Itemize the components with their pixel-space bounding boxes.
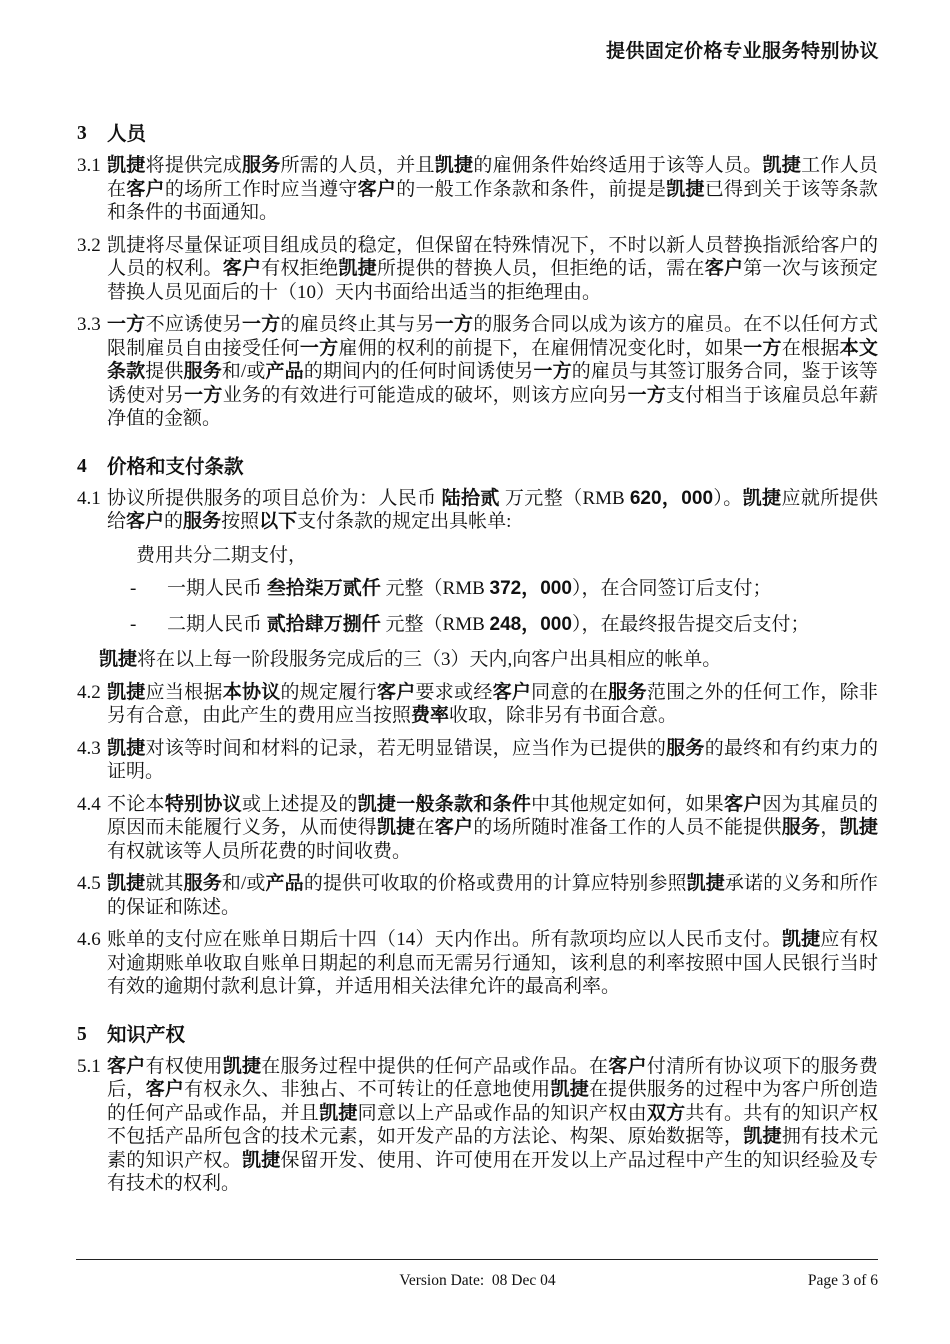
- section-4: 4价格和支付条款4.1协议所提供服务的项目总价为：人民币 陆拾贰 万元整（RMB…: [77, 455, 878, 999]
- text-run: 的一般工作条款和条件，前提是: [396, 179, 666, 200]
- text-run: 372，000: [490, 578, 572, 599]
- text-run: 不应诱使另: [146, 314, 242, 335]
- text-run: 客户: [107, 1056, 146, 1077]
- text-run: 叁拾柒万贰仟: [267, 578, 381, 599]
- text-run: 的: [164, 511, 183, 532]
- text-run: 凯捷: [550, 1079, 589, 1100]
- document-content: 3人员3.1凯捷将提供完成服务所需的人员，并且凯捷的雇佣条件始终适用于该等人员。…: [77, 122, 878, 1205]
- text-run: 所需的人员，并且: [281, 155, 435, 176]
- clause-number: 4.1: [77, 487, 101, 511]
- text-run: 服务: [184, 873, 222, 894]
- text-run: 服务: [666, 738, 705, 759]
- section-title: 价格和支付条款: [107, 456, 244, 478]
- section-number: 5: [77, 1023, 87, 1047]
- text-run: 将提供完成: [146, 155, 242, 176]
- text-run: ，: [820, 817, 839, 838]
- text-run: 客户: [724, 794, 763, 815]
- clause-text: 账单的支付应在账单日期后十四（14）天内作出。所有款项均应以人民币支付。凯捷应有…: [107, 929, 878, 997]
- text-run: 的期间内的任何时间诱使另: [304, 361, 534, 382]
- text-run: 本协议: [223, 682, 281, 703]
- text-run: 在: [415, 817, 434, 838]
- clause: 3.3一方不应诱使另一方的雇员终止其与另一方的服务合同以成为该方的雇员。在不以任…: [77, 313, 878, 431]
- text-run: 一方: [435, 314, 474, 335]
- text-run: 在根据: [782, 338, 840, 359]
- section-title: 知识产权: [107, 1024, 185, 1046]
- text-run: 产品: [266, 873, 304, 894]
- payment-item-text: 一期人民币 叁拾柒万贰仟 元整（RMB 372，000），在合同签订后支付；: [167, 577, 771, 601]
- text-run: 一方: [534, 361, 572, 382]
- text-run: 248，000: [490, 614, 572, 635]
- text-run: 的场所随时准备工作的人员不能提供: [473, 817, 781, 838]
- text-run: 客户: [146, 1079, 185, 1100]
- payment-item: -二期人民币 贰拾肆万捌仟 元整（RMB 248，000），在最终报告提交后支付…: [130, 613, 878, 637]
- billing-note: 凯捷将在以上每一阶段服务完成后的三（3）天内,向客户出具相应的帐单。: [99, 648, 878, 672]
- text-run: 客户: [126, 511, 164, 532]
- footer-version: Version Date: 08 Dec 04: [77, 1272, 878, 1290]
- text-run: 要求或经: [415, 682, 492, 703]
- section-heading: 3人员: [77, 122, 878, 146]
- clause-text: 凯捷应当根据本协议的规定履行客户要求或经客户同意的在服务范围之外的任何工作，除非…: [107, 682, 878, 727]
- clause: 5.1客户有权使用凯捷在服务过程中提供的任何产品或作品。在客户付清所有协议项下的…: [77, 1055, 878, 1196]
- clause: 4.6账单的支付应在账单日期后十四（14）天内作出。所有款项均应以人民币支付。凯…: [77, 928, 878, 999]
- section-heading: 5知识产权: [77, 1023, 878, 1047]
- text-run: 凯捷: [435, 155, 474, 176]
- text-run: ），在最终报告提交后支付；: [572, 614, 810, 635]
- clause-number: 3.3: [77, 313, 101, 337]
- document-header-title: 提供固定价格专业服务特别协议: [606, 36, 879, 63]
- text-run: 同意以上产品或作品的知识产权由: [358, 1103, 647, 1124]
- text-run: 凯捷: [666, 179, 705, 200]
- text-run: 万元整（RMB: [500, 488, 630, 509]
- text-run: 有权拒绝: [261, 258, 338, 279]
- text-run: 中其他规定如何，如果: [531, 794, 724, 815]
- text-run: 有权就该等人员所花费的时间收费。: [107, 841, 411, 862]
- payment-schedule-intro: 费用共分二期支付，: [136, 544, 878, 568]
- clause-number: 5.1: [77, 1055, 101, 1079]
- bullet-dash: -: [130, 577, 167, 601]
- text-run: 服务: [782, 817, 821, 838]
- text-run: 客户: [223, 258, 262, 279]
- text-run: 贰拾肆万捌仟: [267, 614, 381, 635]
- text-run: 凯捷: [743, 1126, 782, 1147]
- text-run: 提供: [145, 361, 183, 382]
- text-run: 凯捷: [338, 258, 377, 279]
- text-run: 产品: [266, 361, 304, 382]
- text-run: 凯捷: [223, 1056, 262, 1077]
- clause: 4.4不论本特别协议或上述提及的凯捷一般条款和条件中其他规定如何，如果客户因为其…: [77, 793, 878, 864]
- section-5: 5知识产权5.1客户有权使用凯捷在服务过程中提供的任何产品或作品。在客户付清所有…: [77, 1023, 878, 1196]
- text-run: 的雇佣条件始终适用于该等人员。: [473, 155, 762, 176]
- text-run: 支付条款的规定出具帐单:: [297, 511, 511, 532]
- text-run: 的雇员终止其与另: [281, 314, 435, 335]
- text-run: 凯捷: [107, 155, 146, 176]
- text-run: 客户: [377, 682, 416, 703]
- text-run: 凯捷一般条款和条件: [358, 794, 532, 815]
- section-number: 3: [77, 122, 87, 146]
- text-run: 二期人民币: [167, 614, 267, 635]
- text-run: 的规定履行: [281, 682, 377, 703]
- text-run: 和/或: [222, 873, 266, 894]
- text-run: 凯捷: [319, 1103, 358, 1124]
- text-run: 同意的在: [531, 682, 608, 703]
- text-run: 客户: [435, 817, 474, 838]
- section-3: 3人员3.1凯捷将提供完成服务所需的人员，并且凯捷的雇佣条件始终适用于该等人员。…: [77, 122, 878, 431]
- text-run: 费率: [411, 705, 449, 726]
- text-run: 的场所工作时应当遵守: [165, 179, 358, 200]
- text-run: 对该等时间和材料的记录，若无明显错误，应当作为已提供的: [146, 738, 667, 759]
- section-title: 人员: [107, 123, 146, 145]
- text-run: 客户: [493, 682, 532, 703]
- text-run: 以下: [259, 511, 297, 532]
- clause-text: 一方不应诱使另一方的雇员终止其与另一方的服务合同以成为该方的雇员。在不以任何方式…: [107, 314, 878, 429]
- text-run: 一方: [628, 385, 667, 406]
- clause-text: 凯捷对该等时间和材料的记录，若无明显错误，应当作为已提供的服务的最终和有约束力的…: [107, 738, 878, 783]
- text-run: 凯捷: [377, 817, 416, 838]
- text-run: 凯捷: [107, 873, 145, 894]
- text-run: 双方: [647, 1103, 686, 1124]
- text-run: 有权永久、非独占、不可转让的任意地使用: [184, 1079, 550, 1100]
- text-run: 服务: [183, 511, 221, 532]
- text-run: 凯捷: [840, 817, 878, 838]
- clause-number: 4.3: [77, 737, 101, 761]
- text-run: 服务: [608, 682, 647, 703]
- clause-text: 凯捷将提供完成服务所需的人员，并且凯捷的雇佣条件始终适用于该等人员。凯捷工作人员…: [107, 155, 878, 223]
- text-run: 雇佣的权利的前提下，在雇佣情况变化时，如果: [338, 338, 743, 359]
- text-run: 凯捷: [782, 929, 821, 950]
- clause-number: 3.1: [77, 154, 101, 178]
- text-run: 陆拾贰: [442, 488, 500, 509]
- text-run: 有权使用: [146, 1056, 223, 1077]
- text-run: 就其: [145, 873, 183, 894]
- footer-page-number: Page 3 of 6: [808, 1272, 878, 1290]
- clause-text: 凯捷就其服务和/或产品的提供可收取的价格或费用的计算应特别参照凯捷承诺的义务和所…: [107, 873, 878, 918]
- clause: 3.1凯捷将提供完成服务所需的人员，并且凯捷的雇佣条件始终适用于该等人员。凯捷工…: [77, 154, 878, 225]
- text-run: 凯捷: [242, 1150, 281, 1171]
- text-run: 620，000: [630, 488, 713, 509]
- text-run: 账单的支付应在账单日期后十四（14）天内作出。所有款项均应以人民币支付。: [107, 929, 782, 950]
- clause-text: 协议所提供服务的项目总价为：人民币 陆拾贰 万元整（RMB 620，000）。凯…: [107, 488, 878, 533]
- text-run: 服务: [184, 361, 222, 382]
- text-run: 凯捷: [687, 873, 725, 894]
- text-run: ）。: [713, 488, 743, 509]
- text-run: 客户: [608, 1056, 647, 1077]
- text-run: 凯捷: [743, 488, 782, 509]
- clause: 4.2凯捷应当根据本协议的规定履行客户要求或经客户同意的在服务范围之外的任何工作…: [77, 681, 878, 728]
- payment-item: -一期人民币 叁拾柒万贰仟 元整（RMB 372，000），在合同签订后支付；: [130, 577, 878, 601]
- text-run: 的提供可收取的价格或费用的计算应特别参照: [304, 873, 687, 894]
- text-run: 一方: [184, 385, 223, 406]
- text-run: 凯捷: [99, 649, 137, 670]
- text-run: 一方: [300, 338, 339, 359]
- text-run: ），在合同签订后支付；: [572, 578, 772, 599]
- text-run: 在服务过程中提供的任何产品或作品。在: [261, 1056, 608, 1077]
- text-run: 一期人民币: [167, 578, 267, 599]
- text-run: 协议所提供服务的项目总价为：人民币: [107, 488, 442, 509]
- text-run: 或上述提及的: [242, 794, 358, 815]
- footer-rule: [76, 1259, 878, 1260]
- text-run: 客户: [705, 258, 744, 279]
- clause-number: 4.4: [77, 793, 101, 817]
- text-run: 不论本: [107, 794, 165, 815]
- section-number: 4: [77, 455, 87, 479]
- document-footer: Version Date: 08 Dec 04 Page 3 of 6: [77, 1272, 878, 1290]
- text-run: 凯捷: [763, 155, 802, 176]
- text-run: 将在以上每一阶段服务完成后的三（3）天内,向客户出具相应的帐单。: [137, 649, 721, 670]
- text-run: 业务的有效进行可能造成的破坏，则该方应向另: [223, 385, 628, 406]
- clause-number: 4.6: [77, 928, 101, 952]
- text-run: 特别协议: [165, 794, 242, 815]
- clause-number: 4.2: [77, 681, 101, 705]
- clause: 3.2凯捷将尽量保证项目组成员的稳定，但保留在特殊情况下，不时以新人员替换指派给…: [77, 234, 878, 305]
- text-run: 凯捷: [107, 738, 146, 759]
- clause: 4.5凯捷就其服务和/或产品的提供可收取的价格或费用的计算应特别参照凯捷承诺的义…: [77, 872, 878, 919]
- text-run: 一方: [743, 338, 782, 359]
- payment-item-text: 二期人民币 贰拾肆万捌仟 元整（RMB 248，000），在最终报告提交后支付；: [167, 613, 809, 637]
- text-run: 客户: [126, 179, 165, 200]
- text-run: 服务: [242, 155, 281, 176]
- text-run: 一方: [242, 314, 281, 335]
- text-run: 元整（RMB: [381, 578, 490, 599]
- text-run: 凯捷: [107, 682, 146, 703]
- clause-number: 3.2: [77, 234, 101, 258]
- text-run: 客户: [358, 179, 397, 200]
- text-run: 收取，除非另有书面合意。: [449, 705, 677, 726]
- text-run: 应当根据: [146, 682, 223, 703]
- clause-number: 4.5: [77, 872, 101, 896]
- clause-text: 客户有权使用凯捷在服务过程中提供的任何产品或作品。在客户付清所有协议项下的服务费…: [107, 1056, 878, 1195]
- text-run: 所提供的替换人员，但拒绝的话，需在: [377, 258, 705, 279]
- clause-text: 凯捷将尽量保证项目组成员的稳定，但保留在特殊情况下，不时以新人员替换指派给客户的…: [107, 235, 878, 303]
- clause: 4.3凯捷对该等时间和材料的记录，若无明显错误，应当作为已提供的服务的最终和有约…: [77, 737, 878, 784]
- clause-text: 不论本特别协议或上述提及的凯捷一般条款和条件中其他规定如何，如果客户因为其雇员的…: [107, 794, 878, 862]
- text-run: 按照: [221, 511, 259, 532]
- text-run: 一方: [107, 314, 146, 335]
- bullet-dash: -: [130, 613, 167, 637]
- text-run: 元整（RMB: [381, 614, 490, 635]
- section-heading: 4价格和支付条款: [77, 455, 878, 479]
- text-run: 和/或: [222, 361, 266, 382]
- clause: 4.1协议所提供服务的项目总价为：人民币 陆拾贰 万元整（RMB 620，000…: [77, 487, 878, 672]
